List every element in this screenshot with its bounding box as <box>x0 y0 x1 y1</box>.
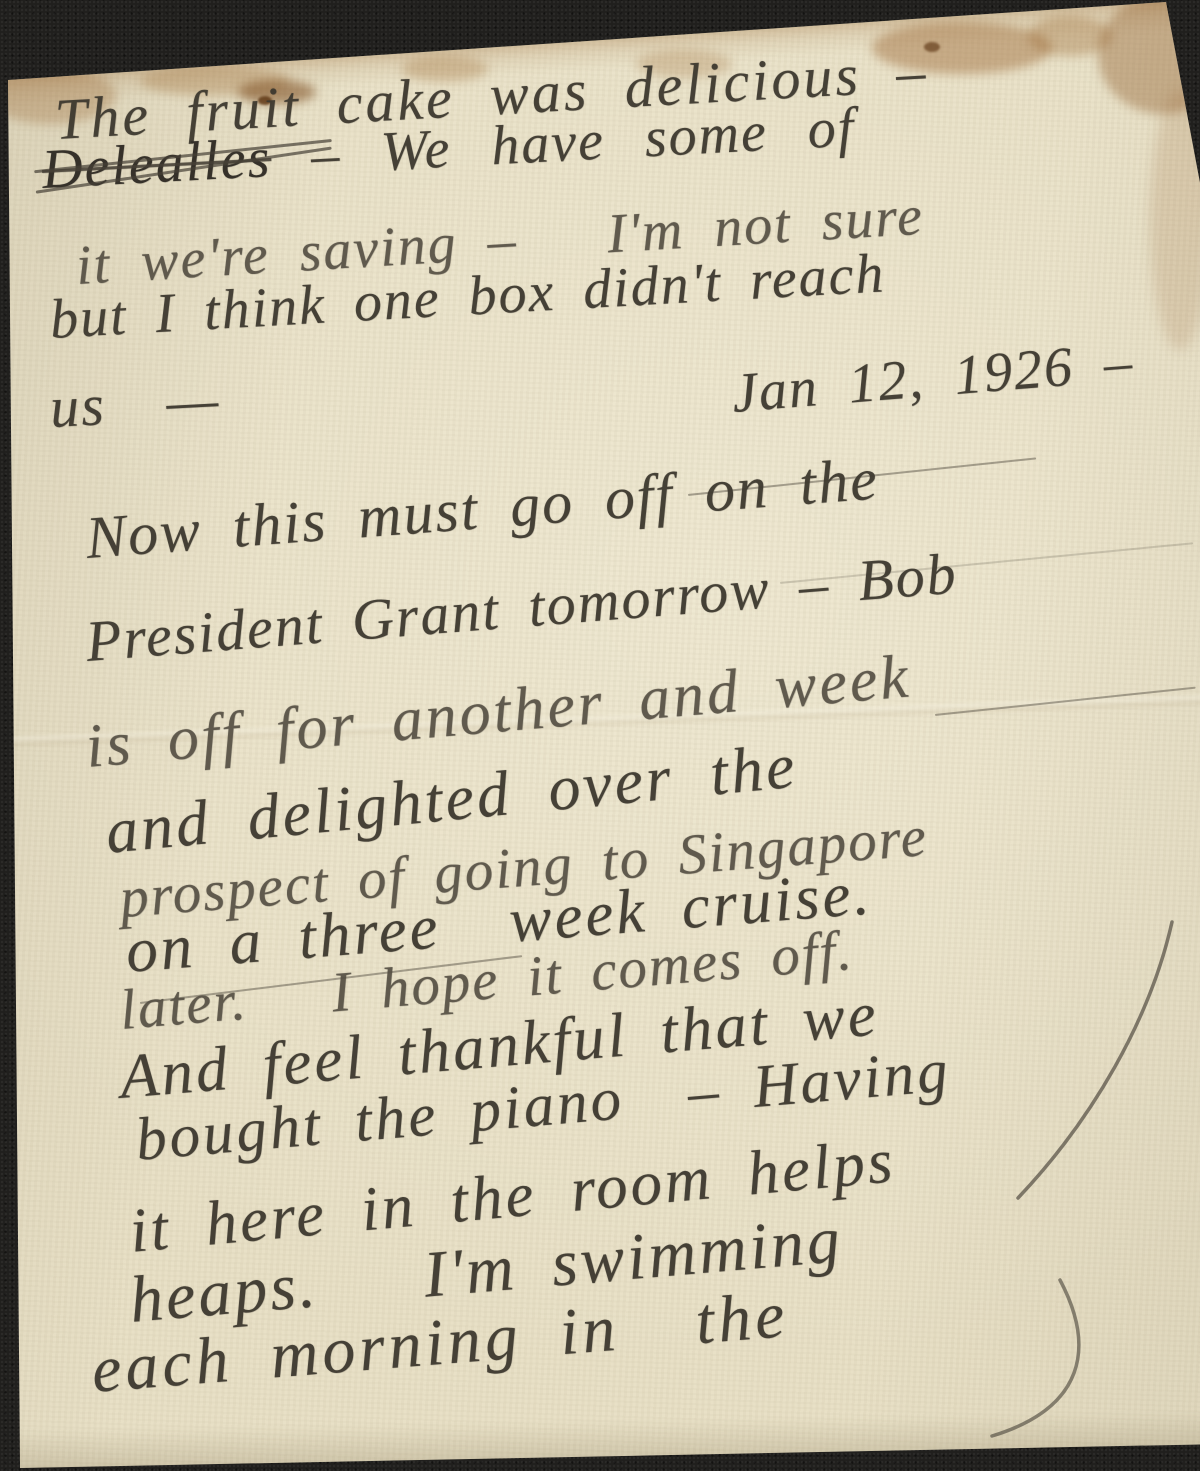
letter-paper: The fruit cake was delicious – Delealles… <box>0 0 1200 1471</box>
scanned-letter-photo: { "page": { "kind": "handwritten-letter-… <box>0 0 1200 1471</box>
handwriting-line: us — <box>48 365 221 441</box>
crossed-out-word: Delealles <box>40 126 273 202</box>
